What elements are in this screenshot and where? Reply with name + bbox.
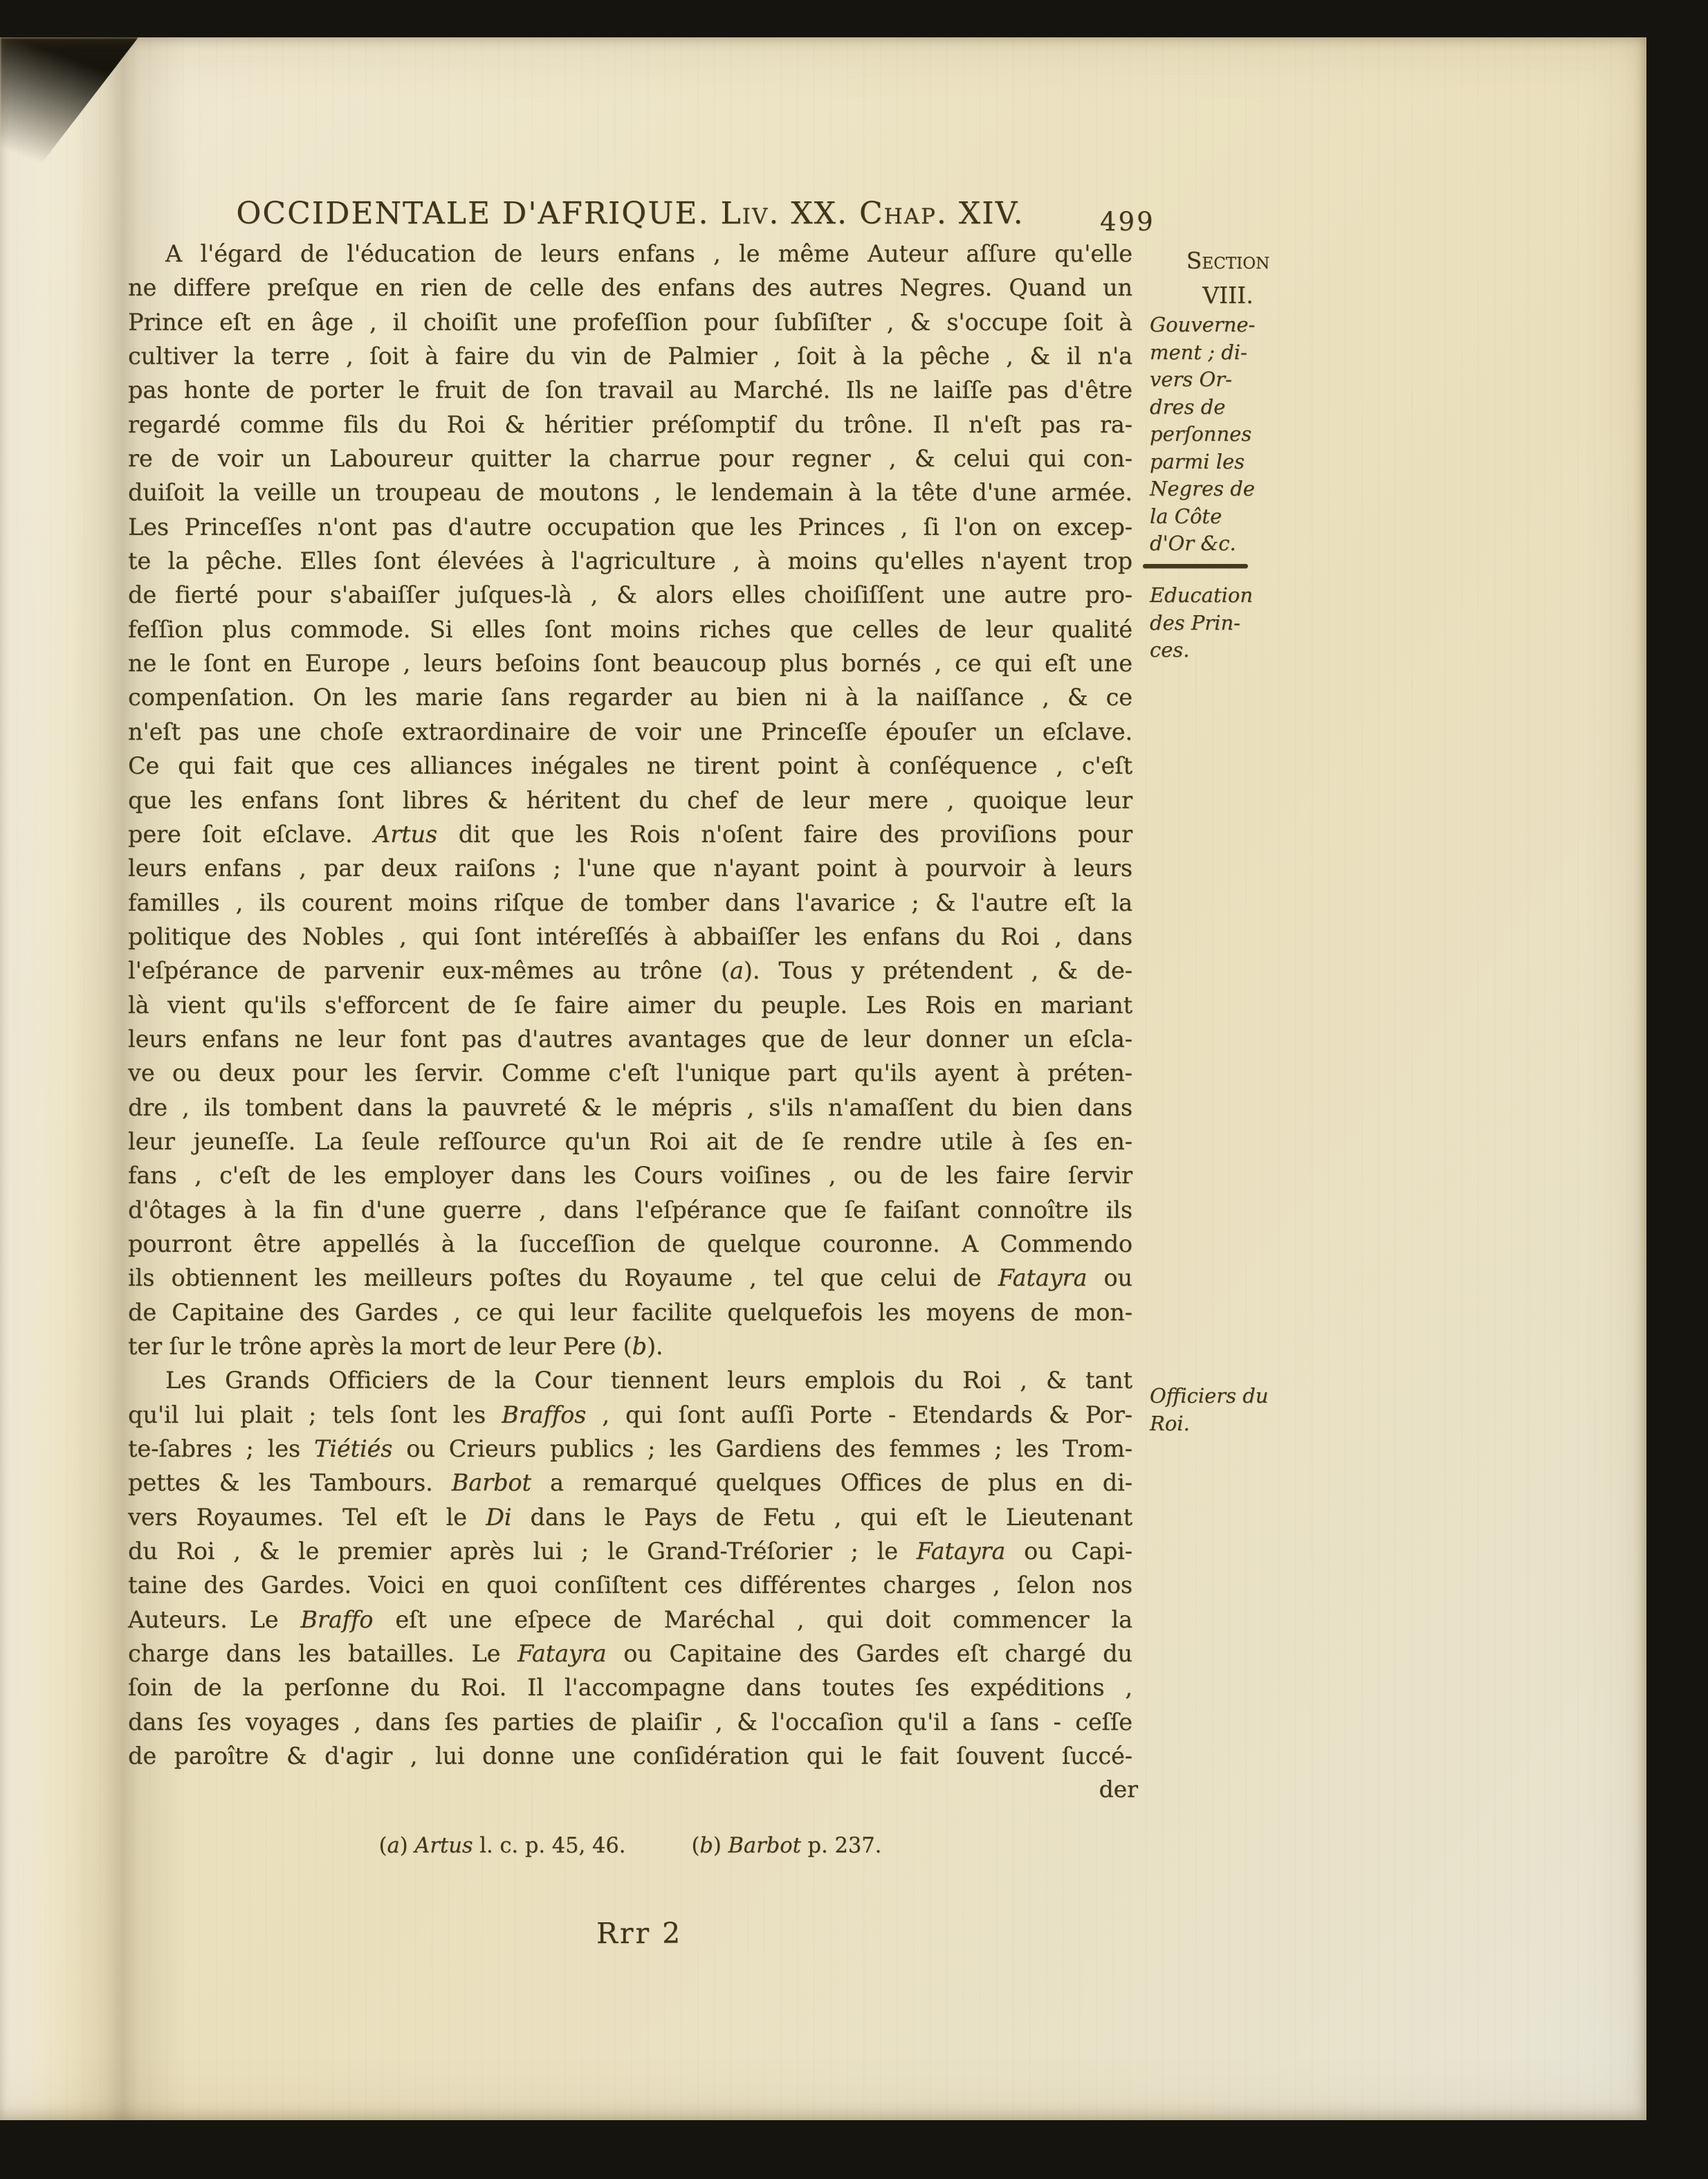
paragraph-officiers-du-roi: Les Grands Officiers de la Cour tiennent… [128, 1363, 1132, 1773]
text-line: l'eſpérance de parvenir eux-mêmes au trô… [128, 954, 1132, 987]
text-line: parmi les [1150, 448, 1330, 476]
text-line: te la pêche. Elles ſont élevées à l'agri… [128, 544, 1132, 578]
text-line: leur jeuneſſe. La ſeule reſſource qu'un … [128, 1124, 1132, 1158]
text-line: Auteurs. Le Braffo eſt une eſpece de Mar… [128, 1603, 1132, 1636]
text-line: Negres de [1150, 475, 1330, 503]
text-line: te-ſabres ; les Tiétiés ou Crieurs publi… [128, 1432, 1132, 1466]
text-line: taine des Gardes. Voici en quoi conſiſte… [128, 1568, 1132, 1602]
text-line: Ce qui fait que ces alliances inégales n… [128, 749, 1132, 783]
text-line: des Prin- [1150, 610, 1330, 637]
text-line: regardé comme fils du Roi & héritier pré… [128, 408, 1132, 441]
footnote-b: (b) Barbot p. 237. [691, 1834, 881, 1858]
text-line: vers Or- [1150, 366, 1330, 394]
text-line: Education [1150, 582, 1330, 610]
text-line: politique des Nobles , qui ſont intéreſſ… [128, 920, 1132, 954]
text-line: ſoin de la perſonne du Roi. Il l'accompa… [128, 1670, 1132, 1704]
text-line: re de voir un Laboureur quitter la charr… [128, 441, 1132, 475]
margin-note-education: Educationdes Prin-ces. [1150, 582, 1330, 664]
text-line: ces. [1150, 637, 1330, 664]
text-line: n'eſt pas une choſe extraordinaire de vo… [128, 715, 1132, 749]
running-header: OCCIDENTALE D'AFRIQUE. Liv. XX. Chap. XI… [128, 196, 1132, 231]
text-line: feſſion plus commode. Si elles ſont moin… [128, 612, 1132, 646]
header-chapter-number: Chap. XIV. [859, 196, 1025, 231]
text-line: de paroître & d'agir , lui donne une con… [128, 1739, 1132, 1773]
header-book-number: Liv. XX. [721, 196, 848, 231]
text-line: de Capitaine des Gardes , ce qui leur fa… [128, 1295, 1132, 1329]
text-line: leurs enfans , par deux raiſons ; l'une … [128, 851, 1132, 885]
text-line: qu'il lui plait ; tels ſont les Braffos … [128, 1398, 1132, 1432]
text-line: du Roi , & le premier après lui ; le Gra… [128, 1534, 1132, 1568]
text-line: pourront être appellés à la ſucceſſion d… [128, 1227, 1132, 1261]
text-line: pere ſoit eſclave. Artus dit que les Roi… [128, 817, 1132, 851]
text-line: d'ôtages à la fin d'une guerre , dans l'… [128, 1193, 1132, 1227]
margin-section-label: Section [1148, 244, 1307, 278]
text-line: ve ou deux pour les ſervir. Comme c'eſt … [128, 1056, 1132, 1090]
text-line: Roi. [1150, 1410, 1330, 1438]
text-line: ne le ſont en Europe , leurs beſoins ſon… [128, 646, 1132, 680]
margin-section-heading: Section VIII. [1148, 244, 1307, 313]
text-line: perſonnes [1150, 421, 1330, 448]
text-line: ment ; di- [1150, 339, 1330, 367]
margin-note-officiers: Officiers duRoi. [1150, 1383, 1330, 1437]
text-line: d'Or &c. [1150, 530, 1330, 558]
press-signature: Rrr 2 [596, 1917, 682, 1950]
footnote-line: (a) Artus l. c. p. 45, 46. (b) Barbot p.… [128, 1834, 1132, 1858]
text-line: pettes & les Tambours. Barbot a remarqué… [128, 1466, 1132, 1499]
text-line: cultiver la terre , ſoit à faire du vin … [128, 339, 1132, 373]
text-line: compenſation. On les marie ſans regarder… [128, 680, 1132, 714]
text-line: Officiers du [1150, 1383, 1330, 1410]
text-line: dans ſes voyages , dans ſes parties de p… [128, 1705, 1132, 1739]
text-line: Les Princeſſes n'ont pas d'autre occupat… [128, 510, 1132, 544]
text-line: de fierté pour s'abaiſſer juſques-là , &… [128, 578, 1132, 612]
text-line: ils obtiennent les meilleurs poſtes du R… [128, 1261, 1132, 1295]
text-line: fans , c'eſt de les employer dans les Co… [128, 1158, 1132, 1192]
paragraph-education-des-princes: A l'égard de l'éducation de leurs enfans… [128, 237, 1132, 1363]
text-line: leurs enfans ne leur font pas d'autres a… [128, 1022, 1132, 1056]
scanned-book-photo: { "header": { "title": "OCCIDENTALE D'AF… [0, 0, 1708, 2179]
text-line: la Côte [1150, 503, 1330, 531]
text-line: vers Royaumes. Tel eſt le Di dans le Pay… [128, 1500, 1132, 1534]
text-line: dres de [1150, 394, 1330, 421]
gutter-top-shadow [0, 37, 138, 217]
text-line: A l'égard de l'éducation de leurs enfans… [128, 237, 1132, 271]
text-line: charge dans les batailles. Le Fatayra ou… [128, 1636, 1132, 1670]
text-line: là vient qu'ils s'efforcent de ſe faire … [128, 988, 1132, 1022]
text-line: duiſoit la veille un troupeau de moutons… [128, 475, 1132, 509]
text-line: ter ſur le trône après la mort de leur P… [128, 1329, 1132, 1363]
text-line: familles , ils courent moins riſque de t… [128, 886, 1132, 920]
text-line: Les Grands Officiers de la Cour tiennent… [128, 1363, 1132, 1397]
text-line: que les enfans ſont libres & héritent du… [128, 783, 1132, 817]
catchword: der [128, 1776, 1138, 1803]
text-line: Prince eſt en âge , il choiſit une profe… [128, 305, 1132, 339]
margin-section-number: VIII. [1148, 278, 1307, 313]
margin-note-government: Gouverne-ment ; di-vers Or-dres deperſon… [1150, 311, 1330, 558]
text-line: Gouverne- [1150, 311, 1330, 339]
book-page: OCCIDENTALE D'AFRIQUE. Liv. XX. Chap. XI… [0, 37, 1646, 2120]
body-text-column: A l'égard de l'éducation de leurs enfans… [128, 237, 1132, 1773]
text-line: ne differe preſque en rien de celle des … [128, 271, 1132, 304]
header-title: OCCIDENTALE D'AFRIQUE. [236, 196, 709, 231]
page-number: 499 [1100, 207, 1155, 237]
text-line: pas honte de porter le fruit de ſon trav… [128, 373, 1132, 407]
margin-divider-rule [1143, 564, 1248, 568]
footnote-a: (a) Artus l. c. p. 45, 46. [379, 1834, 626, 1858]
text-line: dre , ils tombent dans la pauvreté & le … [128, 1091, 1132, 1124]
